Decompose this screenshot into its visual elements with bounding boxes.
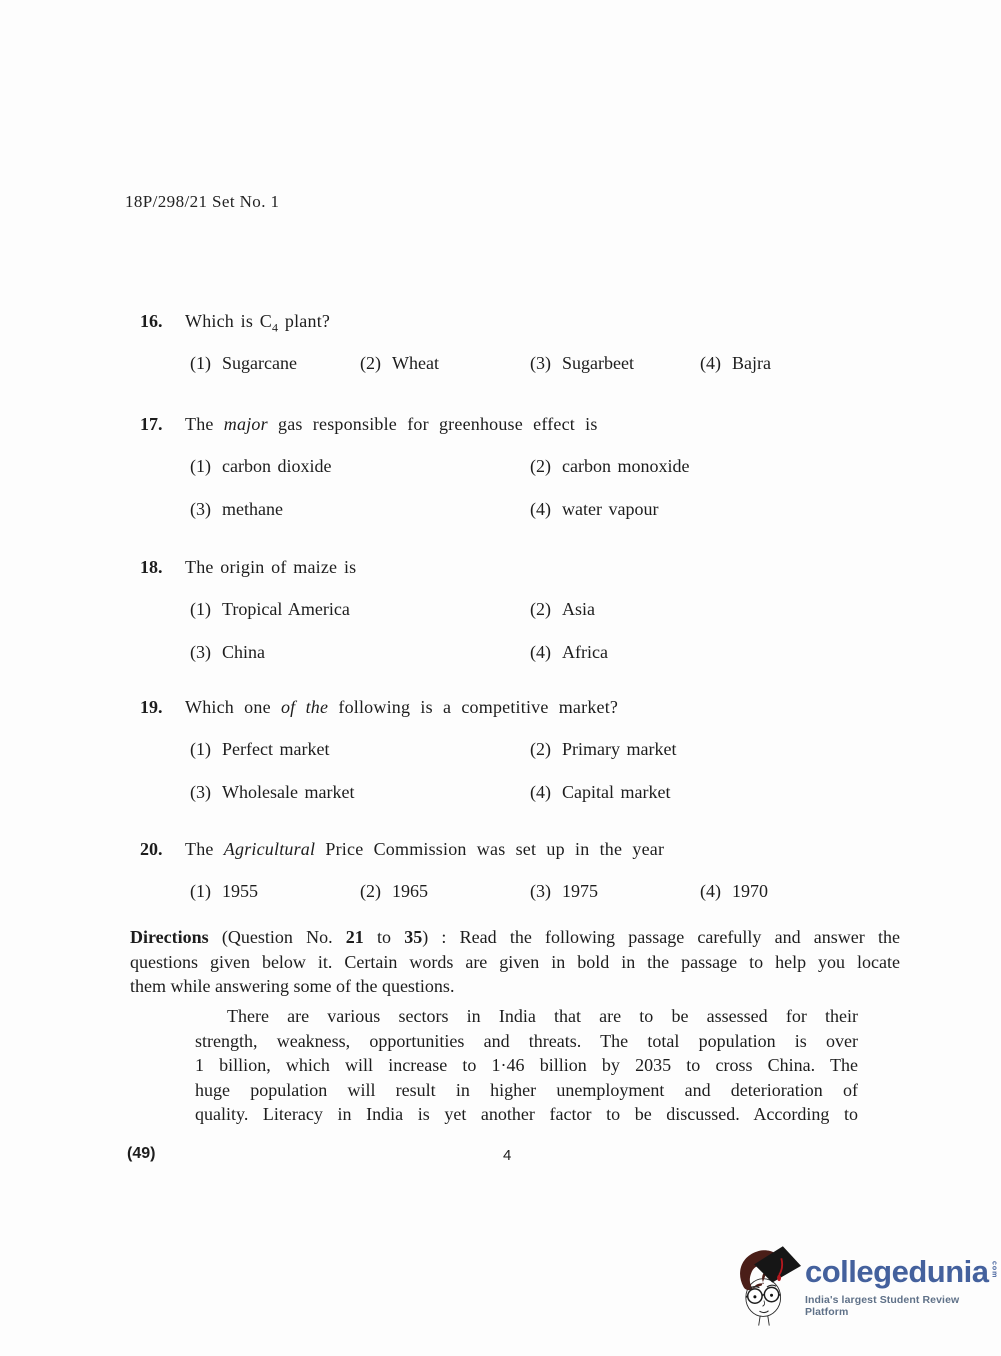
option-4: (4)Capital market [530, 782, 670, 802]
reading-passage: There are various sectors in India that … [195, 1004, 858, 1127]
option-1: (1)Sugarcane [190, 352, 360, 375]
option-3: (3)China [190, 641, 530, 664]
options-grid: (1)Tropical America(2)Asia (3)China(4)Af… [190, 598, 608, 664]
option-2: (2)Asia [530, 599, 595, 619]
passage-line: quality. Literacy in India is yet anothe… [195, 1102, 858, 1127]
question-16: 16.Which is C4 plant? (1)Sugarcane(2)Whe… [140, 310, 771, 375]
question-line: 18.The origin of maize is [140, 556, 608, 579]
passage-line: There are various sectors in India that … [195, 1004, 858, 1029]
option-4: (4)water vapour [530, 499, 658, 519]
question-18: 18.The origin of maize is (1)Tropical Am… [140, 556, 608, 664]
question-number: 16. [140, 310, 185, 333]
collegedunia-tagline: India's largest Student Review Platform [805, 1294, 1001, 1318]
option-3: (3)Wholesale market [190, 781, 530, 804]
question-number: 17. [140, 413, 185, 436]
question-text: The major gas responsible for greenhouse… [185, 414, 598, 434]
option-2: (2)1965 [360, 880, 530, 903]
option-4: (4)Bajra [700, 352, 771, 375]
collegedunia-mascot-icon [733, 1239, 801, 1335]
directions-line-2: questions given below it. Certain words … [130, 950, 900, 975]
paper-code: 18P/298/21 Set No. 1 [125, 192, 279, 212]
passage-line: 1 billion, which will increase to 1·46 b… [195, 1053, 858, 1078]
question-text: Which one of the following is a competit… [185, 697, 618, 717]
question-19: 19.Which one of the following is a compe… [140, 696, 676, 804]
option-4: (4)1970 [700, 880, 768, 903]
options-row: (1)Sugarcane(2)Wheat(3)Sugarbeet(4)Bajra [190, 352, 771, 375]
options-grid: (1)carbon dioxide(2)carbon monoxide (3)m… [190, 455, 689, 521]
option-2: (2)Primary market [530, 739, 676, 759]
option-1: (1)carbon dioxide [190, 455, 530, 478]
question-number: 18. [140, 556, 185, 579]
question-number: 19. [140, 696, 185, 719]
booklet-code: (49) [127, 1145, 155, 1163]
question-text: The origin of maize is [185, 557, 356, 577]
option-3: (3)Sugarbeet [530, 352, 700, 375]
directions-line-3: them while answering some of the questio… [130, 974, 900, 999]
option-3: (3)methane [190, 498, 530, 521]
collegedunia-wordmark: collegedunia [805, 1256, 988, 1287]
question-20: 20.The Agricultural Price Commission was… [140, 838, 768, 903]
options-grid: (1)Perfect market(2)Primary market (3)Wh… [190, 738, 676, 804]
exam-paper-page: 18P/298/21 Set No. 1 16.Which is C4 plan… [0, 0, 1001, 1356]
option-3: (3)1975 [530, 880, 700, 903]
question-17: 17.The major gas responsible for greenho… [140, 413, 689, 521]
question-text: Which is C4 plant? [185, 311, 330, 331]
passage-line: strength, weakness, opportunities and th… [195, 1029, 858, 1054]
directions-block: Directions (Question No. 21 to 35) : Rea… [130, 925, 900, 999]
option-1: (1)1955 [190, 880, 360, 903]
options-row: (1)1955(2)1965(3)1975(4)1970 [190, 880, 768, 903]
option-2: (2)carbon monoxide [530, 456, 689, 476]
option-4: (4)Africa [530, 642, 608, 662]
option-1: (1)Tropical America [190, 598, 530, 621]
question-line: 16.Which is C4 plant? [140, 310, 771, 333]
option-1: (1)Perfect market [190, 738, 530, 761]
question-number: 20. [140, 838, 185, 861]
collegedunia-logo: collegedunia com India's largest Student… [733, 1239, 1001, 1335]
question-line: 17.The major gas responsible for greenho… [140, 413, 689, 436]
question-line: 19.Which one of the following is a compe… [140, 696, 676, 719]
passage-line: huge population will result in higher un… [195, 1078, 858, 1103]
question-text: The Agricultural Price Commission was se… [185, 839, 664, 859]
question-line: 20.The Agricultural Price Commission was… [140, 838, 768, 861]
collegedunia-tld: com [990, 1261, 997, 1278]
option-2: (2)Wheat [360, 352, 530, 375]
directions-line-1: Directions (Question No. 21 to 35) : Rea… [130, 925, 900, 950]
page-number: 4 [503, 1147, 511, 1164]
